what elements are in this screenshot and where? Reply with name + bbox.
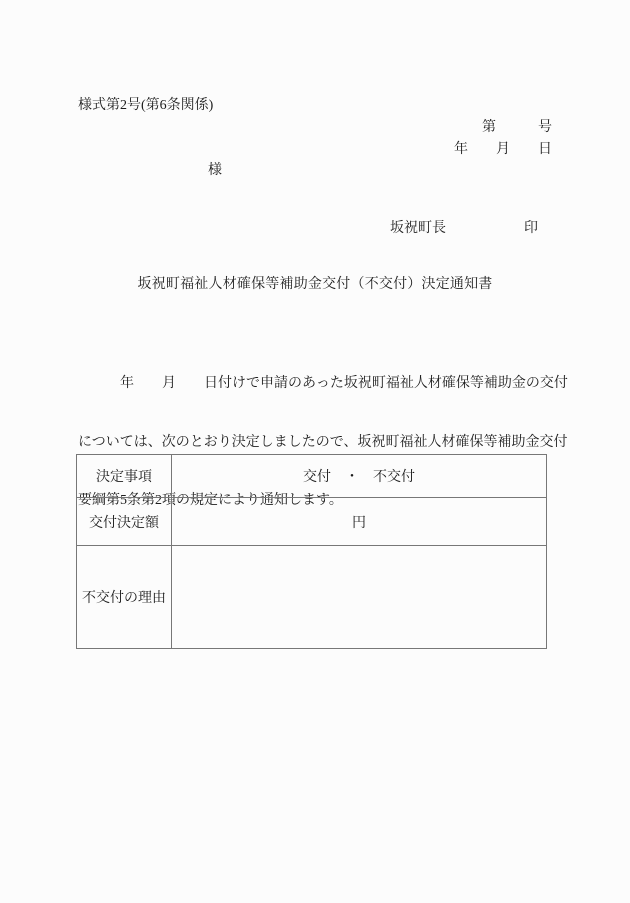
table-row: 不交付の理由 <box>77 546 547 649</box>
decision-table: 決定事項 交付 ・ 不交付 交付決定額 円 不交付の理由 <box>76 454 547 649</box>
row-label-cell: 交付決定額 <box>77 498 172 546</box>
seal-placeholder: 印 <box>524 217 538 237</box>
table-row: 決定事項 交付 ・ 不交付 <box>77 455 547 498</box>
addressee-suffix: 様 <box>208 159 222 179</box>
row-value-cell: 交付 ・ 不交付 <box>172 455 547 498</box>
mayor-title: 坂祝町長 <box>390 217 446 237</box>
row-value-cell <box>172 546 547 649</box>
document-page: 様式第2号(第6条関係) 第 号 年 月 日 様 坂祝町長 印 坂祝町福祉人材確… <box>0 0 630 903</box>
issuer-line: 坂祝町長 印 <box>390 217 538 237</box>
row-label-cell: 不交付の理由 <box>77 546 172 649</box>
row-value-cell: 円 <box>172 498 547 546</box>
row-label-cell: 決定事項 <box>77 455 172 498</box>
date-line: 年 月 日 <box>0 138 552 158</box>
document-title: 坂祝町福祉人材確保等補助金交付（不交付）決定通知書 <box>0 273 630 293</box>
table-row: 交付決定額 円 <box>77 498 547 546</box>
body-line: については、次のとおり決定しましたので、坂祝町福祉人材確保等補助金交付 <box>78 433 564 453</box>
document-number-line: 第 号 <box>0 116 552 136</box>
body-line: 年 月 日付けで申請のあった坂祝町福祉人材確保等補助金の交付 <box>78 374 564 394</box>
form-number: 様式第2号(第6条関係) <box>78 94 213 114</box>
